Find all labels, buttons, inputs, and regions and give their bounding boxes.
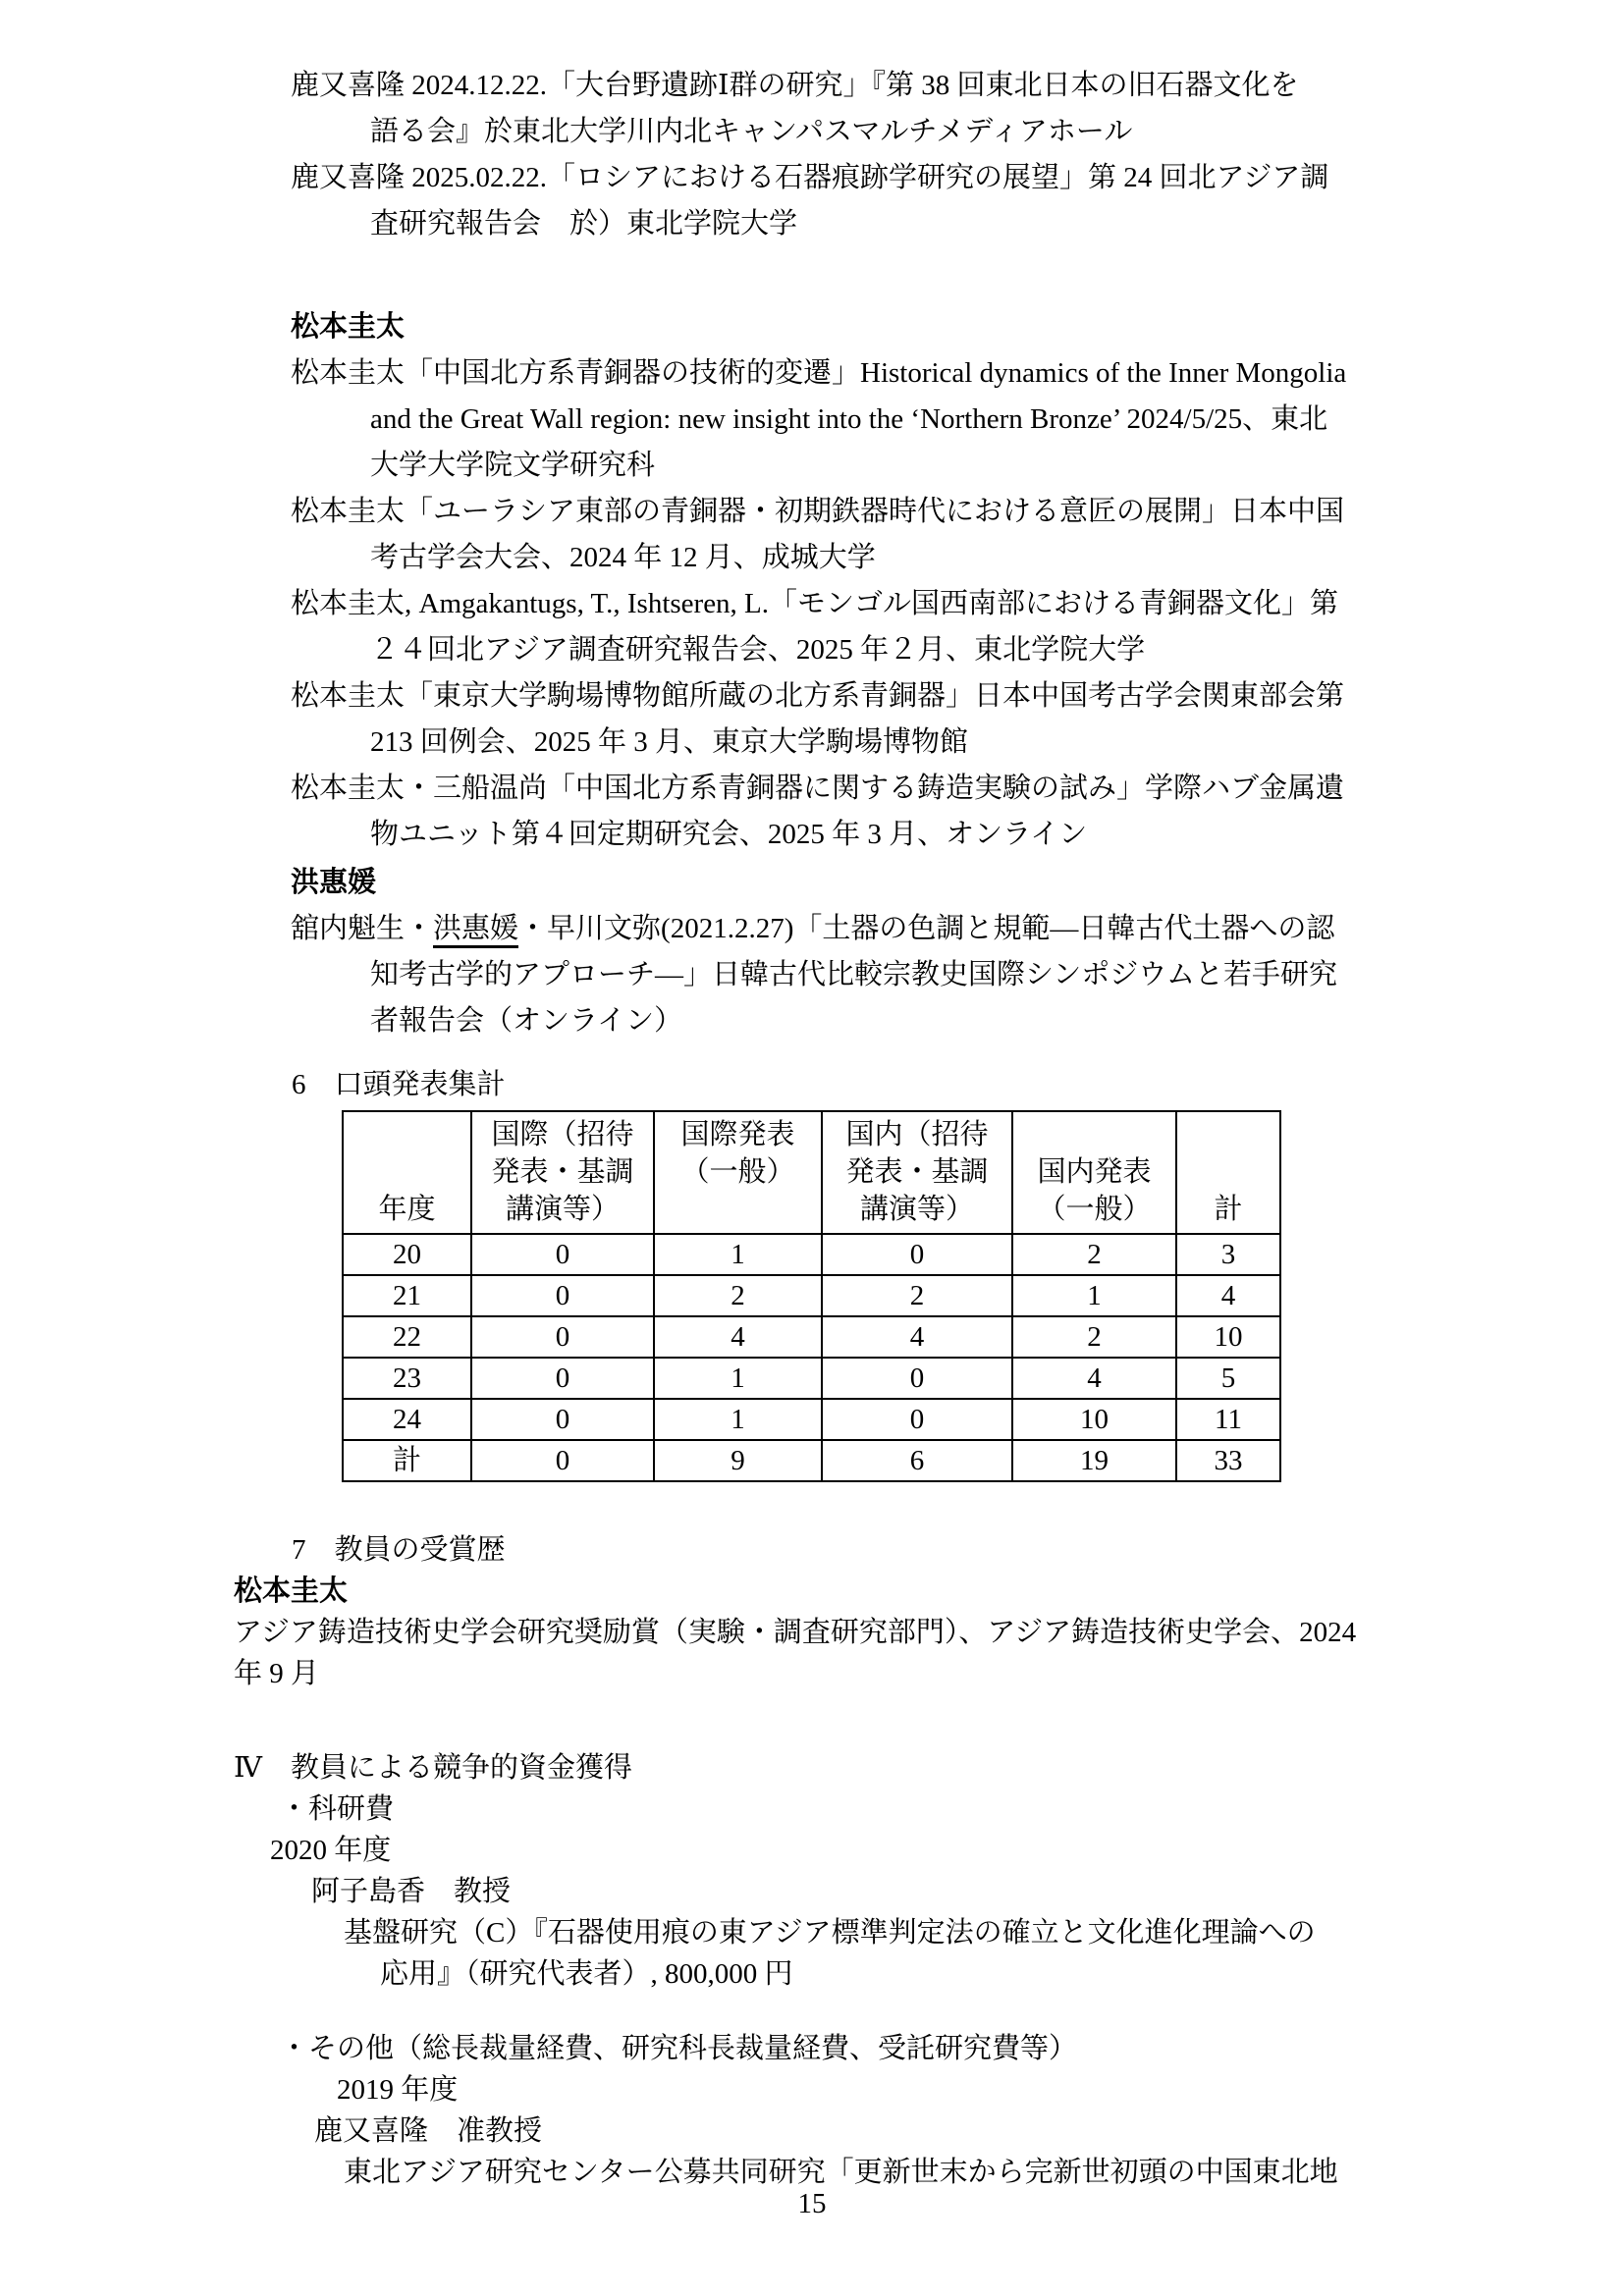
table-cell: 4 bbox=[1176, 1275, 1280, 1316]
text-segment: アジア鋳造技術史学会研究奨励賞（実験・調査研究部門）、アジア鋳造技術史学会、20… bbox=[234, 1617, 1356, 1648]
table-cell: 5 bbox=[1176, 1358, 1280, 1399]
table-cell: 1 bbox=[1012, 1275, 1176, 1316]
table-header-cell: 国内発表（一般） bbox=[1012, 1111, 1176, 1234]
text-line: 応用』（研究代表者）, 800,000 円 bbox=[380, 1953, 1490, 1995]
text-line: 2019 年度 bbox=[337, 2069, 1490, 2110]
hong-presentations: 洪惠媛舘内魁生・洪惠媛・早川文弥(2021.2.27)「土器の色調と規範―日韓古… bbox=[234, 860, 1490, 1044]
table-cell: 21 bbox=[343, 1275, 471, 1316]
text-line: 知考古学的アプローチ―」日韓古代比較宗教史国際シンポジウムと若手研究 bbox=[370, 952, 1490, 998]
table-row: 2301045 bbox=[343, 1358, 1280, 1399]
table-cell: 0 bbox=[471, 1440, 654, 1481]
table-cell: 0 bbox=[822, 1234, 1012, 1275]
faculty-awards: 7 教員の受賞歴松本圭太アジア鋳造技術史学会研究奨励賞（実験・調査研究部門）、ア… bbox=[234, 1529, 1490, 1694]
table-cell: 10 bbox=[1176, 1316, 1280, 1358]
text-segment: 松本圭太・三船温尚「中国北方系青銅器に関する鋳造実験の試み」学際ハブ金属遺 bbox=[291, 773, 1344, 804]
text-segment: 応用』（研究代表者）, 800,000 円 bbox=[380, 1958, 793, 1990]
text-line: 大学大学院文学研究科 bbox=[370, 443, 1490, 489]
text-line: ・その他（総長裁量経費、研究科長裁量経費、受託研究費等） bbox=[280, 2028, 1490, 2069]
header-line: 国際発表 bbox=[655, 1116, 821, 1153]
header-line: （一般） bbox=[1013, 1191, 1175, 1228]
text-line: 2020 年度 bbox=[270, 1830, 1490, 1871]
table-cell: 1 bbox=[654, 1399, 822, 1440]
text-segment: ２４回北アジア調査研究報告会、2025 年２月、東北学院大学 bbox=[370, 634, 1145, 666]
table-header-row: 年度国際（招待発表・基調講演等）国際発表（一般）国内（招待発表・基調講演等）国内… bbox=[343, 1111, 1280, 1234]
text-segment: 語る会』於東北大学川内北キャンパスマルチメディアホール bbox=[370, 116, 1132, 147]
text-segment: ・早川文弥(2021.2.27)「土器の色調と規範―日韓古代土器への認 bbox=[518, 913, 1334, 944]
text-line: 語る会』於東北大学川内北キャンパスマルチメディアホール bbox=[370, 109, 1490, 155]
kanomata-presentations: 鹿又喜隆 2024.12.22.「大台野遺跡Ⅰ群の研究」『第 38 回東北日本の… bbox=[234, 63, 1490, 247]
table-cell: 0 bbox=[822, 1399, 1012, 1440]
table-cell: 10 bbox=[1012, 1399, 1176, 1440]
text-segment: 年 9 月 bbox=[234, 1658, 319, 1689]
text-segment: 鹿又喜隆 2025.02.22.「ロシアにおける石器痕跡学研究の展望」第 24 … bbox=[291, 162, 1328, 193]
table-cell: 19 bbox=[1012, 1440, 1176, 1481]
table-cell: 22 bbox=[343, 1316, 471, 1358]
table-cell: 0 bbox=[471, 1275, 654, 1316]
header-line: 国内発表 bbox=[1013, 1153, 1175, 1191]
text-segment: 松本圭太, Amgakantugs, T., Ishtseren, L.「モンゴ… bbox=[291, 588, 1338, 619]
header-line: 講演等） bbox=[472, 1191, 653, 1228]
header-line: 講演等） bbox=[823, 1191, 1011, 1228]
table-header-cell: 年度 bbox=[343, 1111, 471, 1234]
text-line: 213 回例会、2025 年 3 月、東京大学駒場博物館 bbox=[370, 720, 1490, 766]
underlined-name: 洪惠媛 bbox=[433, 913, 518, 948]
text-segment: 知考古学的アプローチ―」日韓古代比較宗教史国際シンポジウムと若手研究 bbox=[370, 959, 1337, 990]
table-cell: 4 bbox=[654, 1316, 822, 1358]
text-line: 鹿又喜隆 准教授 bbox=[314, 2110, 1490, 2152]
other-funding: ・その他（総長裁量経費、研究科長裁量経費、受託研究費等）2019 年度鹿又喜隆 … bbox=[234, 2028, 1490, 2193]
table-cell: 0 bbox=[471, 1399, 654, 1440]
text-line: 松本圭太「ユーラシア東部の青銅器・初期鉄器時代における意匠の展開」日本中国 bbox=[291, 489, 1490, 535]
table-cell: 2 bbox=[1012, 1316, 1176, 1358]
table-cell: 20 bbox=[343, 1234, 471, 1275]
matsumoto-presentations: 松本圭太松本圭太「中国北方系青銅器の技術的変遷」Historical dynam… bbox=[234, 304, 1490, 858]
text-segment: 洪惠媛 bbox=[291, 867, 376, 898]
table-cell: 4 bbox=[822, 1316, 1012, 1358]
text-segment: 査研究報告会 於）東北学院大学 bbox=[370, 208, 797, 240]
text-segment: 2019 年度 bbox=[337, 2074, 458, 2106]
table-header-cell: 国内（招待発表・基調講演等） bbox=[822, 1111, 1012, 1234]
table-cell: 0 bbox=[471, 1358, 654, 1399]
table-row: 22044210 bbox=[343, 1316, 1280, 1358]
table-row: 2102214 bbox=[343, 1275, 1280, 1316]
table-header-cell: 国際（招待発表・基調講演等） bbox=[471, 1111, 654, 1234]
text-segment: 舘内魁生・ bbox=[291, 913, 433, 944]
text-line: 阿子島香 教授 bbox=[311, 1871, 1490, 1912]
text-segment: 東北アジア研究センター公募共同研究「更新世末から完新世初頭の中国東北地 bbox=[344, 2157, 1338, 2188]
text-segment: ・その他（総長裁量経費、研究科長裁量経費、受託研究費等） bbox=[280, 2033, 1077, 2064]
text-line: 鹿又喜隆 2024.12.22.「大台野遺跡Ⅰ群の研究」『第 38 回東北日本の… bbox=[291, 63, 1490, 109]
header-line: 年度 bbox=[344, 1191, 470, 1228]
person-heading: 松本圭太 bbox=[234, 1571, 1490, 1612]
text-line: 基盤研究（C）『石器使用痕の東アジア標準判定法の確立と文化進化理論への bbox=[344, 1912, 1490, 1953]
text-segment: 6 口頭発表集計 bbox=[292, 1069, 506, 1100]
table-cell: 2 bbox=[654, 1275, 822, 1316]
oral-presentation-table: 年度国際（招待発表・基調講演等）国際発表（一般）国内（招待発表・基調講演等）国内… bbox=[342, 1110, 1281, 1482]
text-line: 松本圭太, Amgakantugs, T., Ishtseren, L.「モンゴ… bbox=[291, 581, 1490, 627]
text-segment: 松本圭太 bbox=[234, 1575, 348, 1607]
table-cell: 24 bbox=[343, 1399, 471, 1440]
text-line: 物ユニット第４回定期研究会、2025 年 3 月、オンライン bbox=[370, 812, 1490, 858]
table-cell: 3 bbox=[1176, 1234, 1280, 1275]
table-cell: 6 bbox=[822, 1440, 1012, 1481]
table-header-cell: 国際発表（一般） bbox=[654, 1111, 822, 1234]
table-cell: 計 bbox=[343, 1440, 471, 1481]
text-line: and the Great Wall region: new insight i… bbox=[370, 397, 1490, 443]
section-heading: 7 教員の受賞歴 bbox=[292, 1529, 1490, 1571]
header-line: 発表・基調 bbox=[472, 1153, 653, 1191]
text-segment: 松本圭太「東京大学駒場博物館所蔵の北方系青銅器」日本中国考古学会関東部会第 bbox=[291, 680, 1344, 712]
text-segment: 者報告会（オンライン） bbox=[370, 1005, 682, 1037]
header-line: 国際（招待 bbox=[472, 1116, 653, 1153]
text-line: 舘内魁生・洪惠媛・早川文弥(2021.2.27)「土器の色調と規範―日韓古代土器… bbox=[291, 906, 1490, 952]
table-cell: 0 bbox=[471, 1234, 654, 1275]
text-segment: 松本圭太 bbox=[291, 311, 405, 343]
table-row: 240101011 bbox=[343, 1399, 1280, 1440]
section-heading: 6 口頭発表集計 bbox=[292, 1065, 1490, 1104]
section-heading: Ⅳ 教員による競争的資金獲得 bbox=[234, 1747, 1490, 1789]
table-cell: 1 bbox=[654, 1234, 822, 1275]
table-cell: 0 bbox=[822, 1358, 1012, 1399]
header-line: （一般） bbox=[655, 1153, 821, 1191]
text-segment: 阿子島香 教授 bbox=[311, 1876, 511, 1907]
text-line: 松本圭太・三船温尚「中国北方系青銅器に関する鋳造実験の試み」学際ハブ金属遺 bbox=[291, 766, 1490, 812]
text-line: 者報告会（オンライン） bbox=[370, 998, 1490, 1044]
text-line: 考古学会大会、2024 年 12 月、成城大学 bbox=[370, 535, 1490, 581]
person-heading: 松本圭太 bbox=[291, 304, 1490, 350]
text-segment: Ⅳ 教員による競争的資金獲得 bbox=[234, 1752, 632, 1784]
table-header-cell: 計 bbox=[1176, 1111, 1280, 1234]
table-cell: 9 bbox=[654, 1440, 822, 1481]
table-cell: 2 bbox=[822, 1275, 1012, 1316]
text-line: アジア鋳造技術史学会研究奨励賞（実験・調査研究部門）、アジア鋳造技術史学会、20… bbox=[234, 1612, 1490, 1653]
table-row: 計0961933 bbox=[343, 1440, 1280, 1481]
text-segment: and the Great Wall region: new insight i… bbox=[370, 403, 1327, 435]
person-heading: 洪惠媛 bbox=[291, 860, 1490, 906]
header-line: 国内（招待 bbox=[823, 1116, 1011, 1153]
text-line: 鹿又喜隆 2025.02.22.「ロシアにおける石器痕跡学研究の展望」第 24 … bbox=[291, 155, 1490, 201]
page-number: 15 bbox=[0, 2187, 1624, 2220]
text-line: ・科研費 bbox=[280, 1789, 1490, 1830]
text-segment: 鹿又喜隆 2024.12.22.「大台野遺跡Ⅰ群の研究」『第 38 回東北日本の… bbox=[291, 70, 1298, 101]
text-line: 松本圭太「東京大学駒場博物館所蔵の北方系青銅器」日本中国考古学会関東部会第 bbox=[291, 673, 1490, 720]
text-segment: 考古学会大会、2024 年 12 月、成城大学 bbox=[370, 542, 876, 573]
text-segment: 大学大学院文学研究科 bbox=[370, 450, 655, 481]
table-cell: 0 bbox=[471, 1316, 654, 1358]
text-line: ２４回北アジア調査研究報告会、2025 年２月、東北学院大学 bbox=[370, 627, 1490, 673]
text-segment: 2020 年度 bbox=[270, 1835, 391, 1866]
text-segment: 物ユニット第４回定期研究会、2025 年 3 月、オンライン bbox=[370, 819, 1087, 850]
text-segment: 鹿又喜隆 准教授 bbox=[314, 2115, 542, 2147]
document-page: 鹿又喜隆 2024.12.22.「大台野遺跡Ⅰ群の研究」『第 38 回東北日本の… bbox=[0, 0, 1624, 2296]
table-cell: 1 bbox=[654, 1358, 822, 1399]
table-cell: 23 bbox=[343, 1358, 471, 1399]
table-cell: 11 bbox=[1176, 1399, 1280, 1440]
text-line: 年 9 月 bbox=[234, 1653, 1490, 1694]
text-segment: 基盤研究（C）『石器使用痕の東アジア標準判定法の確立と文化進化理論への bbox=[344, 1917, 1316, 1949]
text-line: 松本圭太「中国北方系青銅器の技術的変遷」Historical dynamics … bbox=[291, 350, 1490, 397]
text-segment: 213 回例会、2025 年 3 月、東京大学駒場博物館 bbox=[370, 726, 968, 758]
text-segment: 松本圭太「中国北方系青銅器の技術的変遷」Historical dynamics … bbox=[291, 357, 1346, 389]
table-row: 2001023 bbox=[343, 1234, 1280, 1275]
oral-presentation-summary: 6 口頭発表集計年度国際（招待発表・基調講演等）国際発表（一般）国内（招待発表・… bbox=[234, 1065, 1490, 1482]
text-segment: 7 教員の受賞歴 bbox=[292, 1534, 506, 1566]
table-cell: 4 bbox=[1012, 1358, 1176, 1399]
text-segment: ・科研費 bbox=[280, 1793, 394, 1825]
header-line: 発表・基調 bbox=[823, 1153, 1011, 1191]
text-line: 査研究報告会 於）東北学院大学 bbox=[370, 201, 1490, 247]
competitive-funding: Ⅳ 教員による競争的資金獲得・科研費2020 年度阿子島香 教授基盤研究（C）『… bbox=[234, 1747, 1490, 1995]
header-line: 計 bbox=[1177, 1191, 1279, 1228]
table-cell: 2 bbox=[1012, 1234, 1176, 1275]
table-cell: 33 bbox=[1176, 1440, 1280, 1481]
text-segment: 松本圭太「ユーラシア東部の青銅器・初期鉄器時代における意匠の展開」日本中国 bbox=[291, 496, 1344, 527]
